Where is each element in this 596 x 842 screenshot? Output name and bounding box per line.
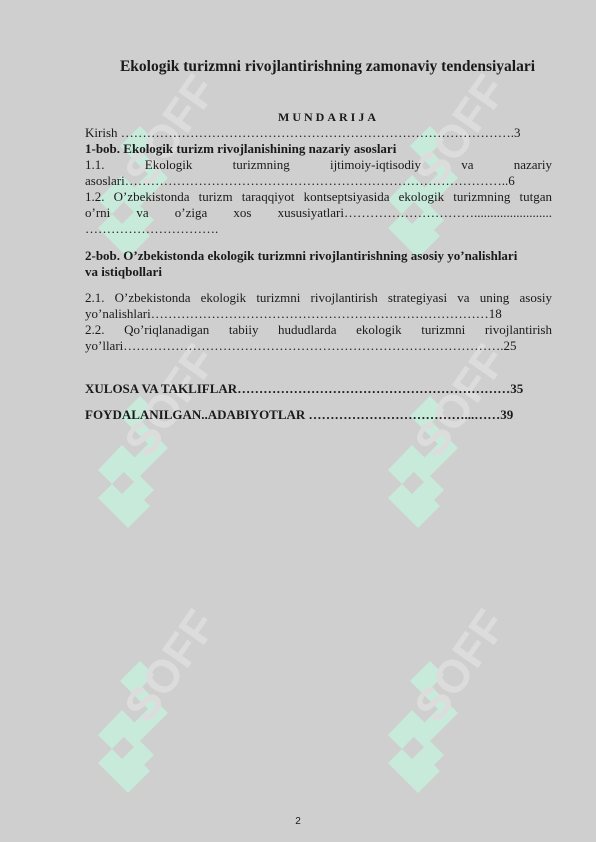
toc-entry-1-2[interactable]: 1.2. O’zbekistonda turizm taraqqiyot kon… [85,189,552,205]
page-number: 2 [0,816,596,827]
watermark: SOFF [70,605,250,805]
toc-references[interactable]: FOYDALANILGAN..ADABIYOTLAR ……………………………….… [85,407,552,423]
svg-text:SOFF: SOFF [404,340,517,466]
watermark: SOFF [70,340,250,540]
toc-heading: MUNDARIJA [85,110,552,125]
toc-chapter-2-cont[interactable]: va istiqbollari [85,264,552,280]
toc-entry-1-2-cont2[interactable]: …………………………. [85,221,552,237]
svg-text:SOFF: SOFF [114,340,227,466]
svg-text:SOFF: SOFF [404,605,517,731]
toc-chapter-2[interactable]: 2-bob. O’zbekistonda ekologik turizmni r… [85,248,552,264]
toc-entry-intro[interactable]: Kirish ……………………………………………………………………………….3 [85,125,552,141]
svg-text:SOFF: SOFF [114,605,227,731]
toc-chapter-1[interactable]: 1-bob. Ekologik turizm rivojlanishining … [85,141,552,157]
toc-conclusion[interactable]: XULOSA VA TAKLIFLAR………………………………………………………… [85,381,552,397]
watermark: SOFF [360,340,540,540]
watermark: SOFF [360,605,540,805]
toc-entry-2-2[interactable]: 2.2. Qo’riqlanadigan tabiiy hududlarda e… [85,322,552,338]
toc-entry-1-1-cont[interactable]: asoslari……………………………………………………………………………..6 [85,173,552,189]
toc-entry-2-1-cont[interactable]: yo’nalishlari……………………………………………………………………1… [85,306,552,322]
toc-entry-2-1[interactable]: 2.1. O’zbekistonda ekologik turizmni riv… [85,290,552,306]
soff-logo-icon [388,661,458,793]
toc-entry-1-1[interactable]: 1.1. Ekologik turizmning ijtimoiy-iqtiso… [85,157,552,173]
toc-entry-2-2-cont[interactable]: yo’llari…………………………………………………………………………….25 [85,338,552,354]
document-title: Ekologik turizmni rivojlantirishning zam… [85,58,552,76]
toc-entry-1-2-cont[interactable]: o’rni va o’ziga xos xususiyatlari…………………… [85,205,552,221]
soff-logo-icon [98,661,168,793]
